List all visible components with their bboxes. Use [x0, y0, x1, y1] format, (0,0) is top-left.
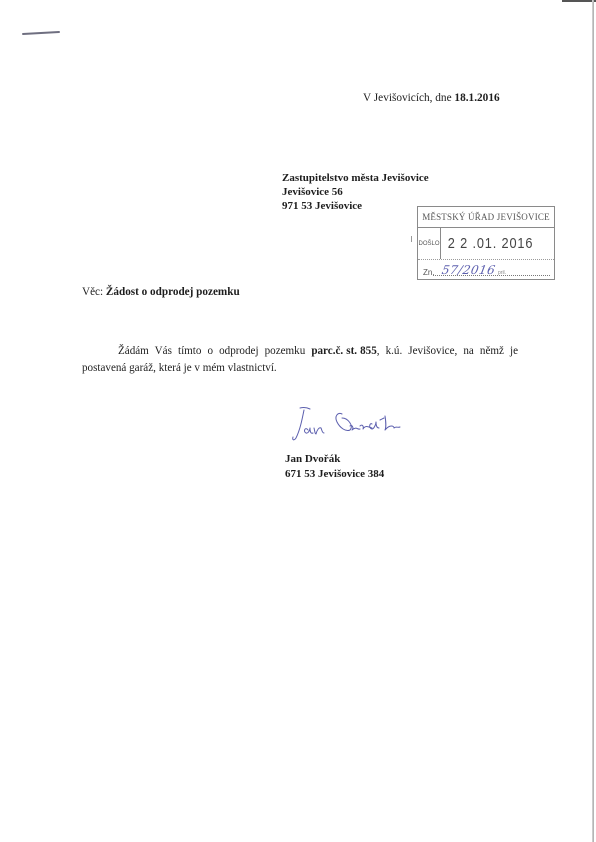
body-line-1: Žádám Vás tímto o odprodej pozemku parc.… — [82, 343, 518, 360]
parcel-number: parc.č. st. 855 — [311, 345, 376, 357]
subject-line: Věc: Žádost o odprodej pozemku — [82, 286, 240, 298]
stamp-received-row: DOŠLO 2 2 .01. 2016 — [418, 228, 554, 260]
recipient-line-3: 971 53 Jevišovice — [282, 199, 429, 213]
stamp-ref-number: 57/2016 — [441, 263, 497, 277]
sender-block: Jan Dvořák 671 53 Jevišovice 384 — [285, 452, 384, 482]
place-date-prefix: V Jevišovicích, dne — [363, 92, 454, 104]
received-stamp: MĚSTSKÝ ÚŘAD JEVIŠOVICE DOŠLO 2 2 .01. 2… — [417, 206, 555, 280]
stamp-received-label: DOŠLO — [418, 228, 441, 259]
scan-corner-mark — [562, 0, 596, 2]
stamp-ref-suffix: pril. — [498, 270, 506, 276]
letter-date: 18.1.2016 — [454, 92, 499, 104]
sender-address: 671 53 Jevišovice 384 — [285, 467, 384, 482]
recipient-address: Zastupitelstvo města Jevišovice Jevišovi… — [282, 171, 429, 213]
pen-mark — [22, 31, 60, 35]
body-line-2: postavená garáž, která je v mém vlastnic… — [82, 360, 518, 377]
recipient-line-2: Jevišovice 56 — [282, 185, 429, 199]
stamp-margin-tick — [411, 236, 415, 242]
recipient-line-1: Zastupitelstvo města Jevišovice — [282, 171, 429, 185]
subject-text: Žádost o odprodej pozemku — [106, 286, 240, 298]
scan-edge-line — [592, 0, 594, 842]
subject-label: Věc: — [82, 286, 106, 298]
handwritten-signature — [290, 404, 420, 444]
stamp-ref-row: Zn. 57/2016 pril. — [418, 260, 554, 279]
letter-body: Žádám Vás tímto o odprodej pozemku parc.… — [82, 343, 518, 377]
sender-name: Jan Dvořák — [285, 452, 384, 467]
stamp-office: MĚSTSKÝ ÚŘAD JEVIŠOVICE — [418, 207, 554, 228]
stamp-received-date: 2 2 .01. 2016 — [441, 228, 537, 259]
place-and-date: V Jevišovicích, dne 18.1.2016 — [363, 92, 500, 104]
